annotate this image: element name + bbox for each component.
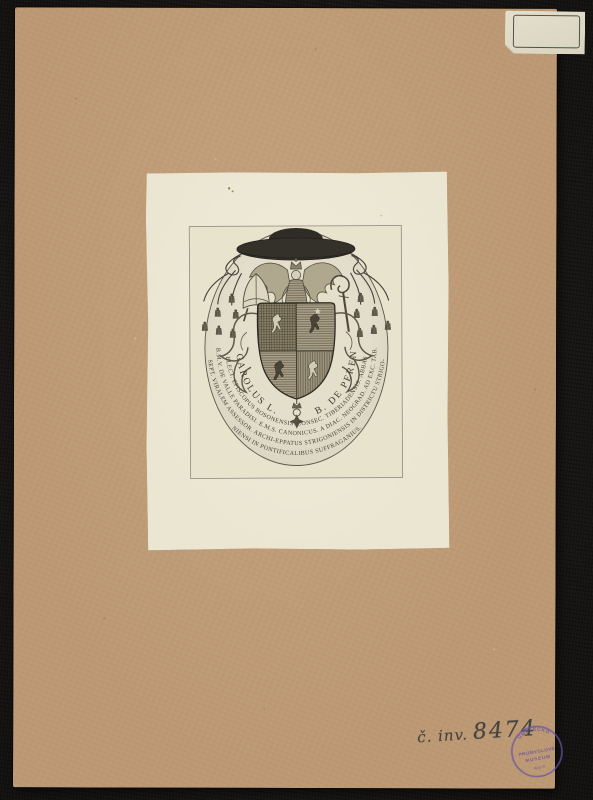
corner-label-border: [513, 15, 580, 49]
museum-stamp: UMĚLECKO PRŮMYSLOVÉ MUSEUM 05 07 73: [504, 719, 571, 784]
bookplate-paper: CAROLUS L. B. DE PEREN ELECT. EPISCOPUS …: [145, 171, 450, 551]
cardboard-texture-specks: [15, 7, 17, 9]
corner-label: [505, 11, 585, 55]
inventory-prefix: č. inv.: [417, 725, 469, 746]
foxing-spots: [228, 186, 382, 217]
scanned-bookplate-scene: CAROLUS L. B. DE PEREN ELECT. EPISCOPUS …: [0, 0, 593, 800]
bookplate-engraving: CAROLUS L. B. DE PEREN ELECT. EPISCOPUS …: [145, 171, 450, 551]
stamp-line-4: 05 07 73: [533, 764, 547, 771]
